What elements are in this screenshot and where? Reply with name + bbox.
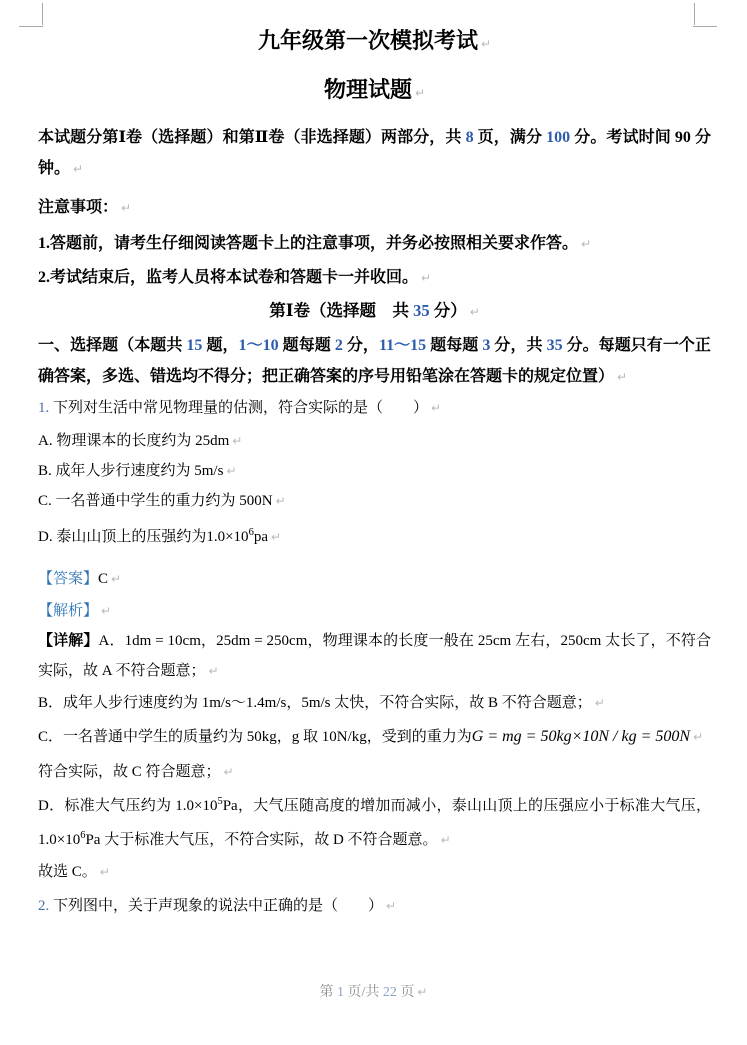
- explanation-1-conclusion-text: 故选 C。: [38, 864, 97, 880]
- question-2-text: 2.: [38, 898, 53, 914]
- pilcrow-mark: ↵: [595, 696, 605, 710]
- pilcrow-mark: ↵: [693, 730, 703, 744]
- question-1-option-a-text: A. 物理课本的长度约为 25dm: [38, 433, 229, 449]
- explanation-1-d-text: D．标准大气压约为 1.0×10: [38, 798, 217, 814]
- pilcrow-mark: ↵: [470, 305, 480, 319]
- question-1-option-b-text: B. 成年人步行速度约为 5m/s: [38, 463, 223, 479]
- question-1-option-c: C. 一名普通中学生的重力约为 500N↵: [38, 486, 711, 516]
- document-body: 九年级第一次模拟考试↵物理试题↵本试题分第Ⅰ卷（选择题）和第Ⅱ卷（非选择题）两部…: [38, 0, 711, 921]
- mcq-instructions: 一、选择题（本题共 15 题，1～10 题每题 2 分，11～15 题每题 3 …: [38, 330, 711, 393]
- answer-1: 【答案】C↵: [38, 564, 711, 594]
- mcq-instructions-text: 分，: [343, 337, 379, 354]
- analysis-1: 【解析】↵: [38, 596, 711, 626]
- intro-paragraph-text: 本试题分第Ⅰ卷（选择题）和第Ⅱ卷（非选择题）两部分，共: [38, 129, 466, 146]
- question-1-option-a: A. 物理课本的长度约为 25dm↵: [38, 426, 711, 456]
- mcq-instructions-text: 一、选择题（本题共: [38, 337, 186, 354]
- explanation-1-d-text: Pa 大于标准大气压，不符合实际，故 D 不符合题意。: [85, 832, 437, 848]
- page-footer-text: 页: [397, 985, 415, 1000]
- section1-heading-text: 35: [413, 301, 430, 320]
- note-1-text: 1.答题前，请考生仔细阅读答题卡上的注意事项，并务必按照相关要求作答。: [38, 235, 578, 252]
- explanation-1-b: B．成年人步行速度约为 1m/s～1.4m/s，5m/s 太快，不符合实际，故 …: [38, 688, 711, 718]
- note-2-text: 2.考试结束后，监考人员将本试卷和答题卡一并收回。: [38, 269, 418, 286]
- notes-heading-text: 注意事项：: [38, 199, 118, 216]
- explanation-1-c-text: G = mg = 50kg×10N / kg = 500N: [472, 728, 690, 745]
- explanation-1-c2: 符合实际，故 C 符合题意；↵: [38, 757, 711, 787]
- pilcrow-mark: ↵: [617, 370, 627, 384]
- question-1-option-b: B. 成年人步行速度约为 5m/s↵: [38, 456, 711, 486]
- pilcrow-mark: ↵: [271, 530, 281, 544]
- mcq-instructions-text: 1～10: [239, 337, 279, 354]
- section1-heading-text: 第Ⅰ卷（选择题 共: [269, 301, 413, 320]
- question-1-option-d: D. 泰山山顶上的压强约为1.0×106pa↵: [38, 518, 711, 552]
- mcq-instructions-text: 分，共: [490, 337, 546, 354]
- mcq-instructions-text: 11～15: [379, 337, 426, 354]
- doc-subtitle: 物理试题↵: [38, 75, 711, 108]
- pilcrow-mark: ↵: [121, 201, 131, 215]
- page-footer-text: 第: [320, 985, 338, 1000]
- pilcrow-mark: ↵: [100, 865, 110, 879]
- pilcrow-mark: ↵: [581, 237, 591, 251]
- explanation-1-c: C．一名普通中学生的质量约为 50kg，g 取 10N/kg，受到的重力为G =…: [38, 722, 711, 752]
- pilcrow-mark: ↵: [276, 494, 286, 508]
- section1-heading-text: 分）: [430, 301, 467, 320]
- question-1-text: 下列对生活中常见物理量的估测，符合实际的是（ ）: [53, 400, 428, 416]
- section1-heading: 第Ⅰ卷（选择题 共 35 分）↵: [38, 296, 711, 327]
- question-2: 2. 下列图中，关于声现象的说法中正确的是（ ）↵: [38, 891, 711, 921]
- pilcrow-mark: ↵: [421, 271, 431, 285]
- answer-1-text: C: [98, 571, 108, 587]
- mcq-instructions-text: 题每题: [426, 337, 482, 354]
- mcq-instructions-text: 2: [335, 337, 343, 354]
- mcq-instructions-text: 题每题: [279, 337, 335, 354]
- explanation-1-b-text: B．成年人步行速度约为 1m/s～1.4m/s，5m/s 太快，不符合实际，故 …: [38, 695, 592, 711]
- pilcrow-mark: ↵: [232, 434, 242, 448]
- notes-heading: 注意事项：↵: [38, 192, 711, 224]
- explanation-1-d: D．标准大气压约为 1.0×105Pa，大气压随高度的增加而减小，泰山山顶上的压…: [38, 787, 711, 855]
- question-1-option-d-text: D. 泰山山顶上的压强约为: [38, 529, 206, 545]
- note-1: 1.答题前，请考生仔细阅读答题卡上的注意事项，并务必按照相关要求作答。↵: [38, 228, 711, 260]
- page-footer: 第 1 页/共 22 页↵: [0, 977, 747, 1008]
- pilcrow-mark: ↵: [415, 86, 425, 100]
- pilcrow-mark: ↵: [224, 765, 234, 779]
- intro-paragraph-text: 8: [466, 129, 474, 146]
- pilcrow-mark: ↵: [209, 664, 219, 678]
- intro-paragraph-text: 页，满分: [474, 129, 547, 146]
- mcq-instructions-text: 15: [186, 337, 202, 354]
- explanation-1-c-text: C．一名普通中学生的质量约为 50kg，g 取 10N/kg，受到的重力为: [38, 729, 472, 745]
- doc-title: 九年级第一次模拟考试↵: [38, 26, 711, 59]
- answer-1-text: 【答案】: [38, 571, 98, 587]
- page-footer-text: 1: [337, 985, 344, 1000]
- pilcrow-mark: ↵: [111, 572, 121, 586]
- analysis-1-text: 【解析】: [38, 603, 98, 619]
- pilcrow-mark: ↵: [226, 464, 236, 478]
- page-footer-container: 第 1 页/共 22 页↵: [0, 977, 747, 1008]
- intro-paragraph: 本试题分第Ⅰ卷（选择题）和第Ⅱ卷（非选择题）两部分，共 8 页，满分 100 分…: [38, 122, 711, 185]
- intro-paragraph-text: 100: [546, 129, 570, 146]
- question-1-option-d-text: 1.0×10: [206, 529, 248, 545]
- explanation-1-a: 【详解】A．1dm = 10cm，25dm = 250cm，物理课本的长度一般在…: [38, 626, 711, 686]
- question-1-text: 1.: [38, 400, 53, 416]
- pilcrow-mark: ↵: [417, 985, 427, 999]
- question-1-option-d-text: pa: [254, 529, 268, 545]
- question-1-option-c-text: C. 一名普通中学生的重力约为 500N: [38, 493, 273, 509]
- note-2: 2.考试结束后，监考人员将本试卷和答题卡一并收回。↵: [38, 262, 711, 294]
- doc-title-text: 九年级第一次模拟考试: [258, 28, 478, 53]
- doc-subtitle-text: 物理试题: [324, 77, 412, 102]
- question-2-text: 下列图中，关于声现象的说法中正确的是（ ）: [53, 898, 383, 914]
- pilcrow-mark: ↵: [431, 401, 441, 415]
- pilcrow-mark: ↵: [73, 162, 83, 176]
- explanation-1-conclusion: 故选 C。↵: [38, 857, 711, 887]
- question-1: 1. 下列对生活中常见物理量的估测，符合实际的是（ ）↵: [38, 393, 711, 423]
- mcq-instructions-text: 题，: [202, 337, 238, 354]
- pilcrow-mark: ↵: [441, 833, 451, 847]
- pilcrow-mark: ↵: [481, 37, 491, 51]
- pilcrow-mark: ↵: [101, 604, 111, 618]
- explanation-1-a-text: 【详解】: [38, 633, 99, 649]
- page-footer-text: 页/共: [344, 985, 383, 1000]
- mcq-instructions-text: 35: [547, 337, 563, 354]
- pilcrow-mark: ↵: [386, 899, 396, 913]
- page-footer-text: 22: [383, 985, 397, 1000]
- explanation-1-a-text: A．1dm = 10cm，25dm = 250cm，物理课本的长度一般在 25c…: [38, 633, 711, 679]
- explanation-1-c2-text: 符合实际，故 C 符合题意；: [38, 764, 221, 780]
